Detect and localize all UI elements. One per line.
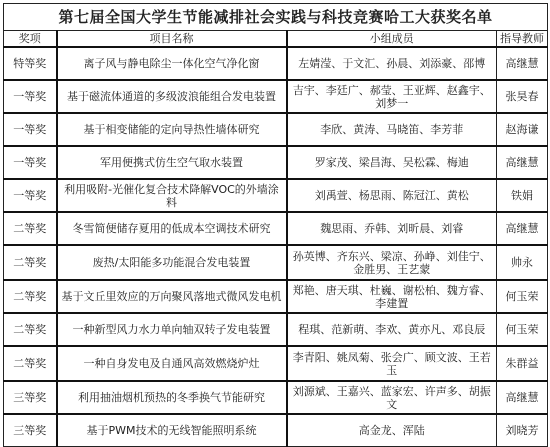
table-row: 二等奖 废热/太阳能多功能混合发电装置 孙英博、齐东兴、梁凉、孙峥、刘佳宁、金胜…: [4, 245, 548, 280]
table-row: 三等奖 基于PWM技术的无线智能照明系统 高金龙、浑陆 刘晓芳: [4, 414, 548, 446]
members-cell: 孙英博、齐东兴、梁凉、孙峥、刘佳宁、金胜男、王艺蒙: [287, 245, 497, 280]
table-row: 二等奖 冬雪简便储存夏用的低成本空调技术研究 魏思雨、乔韩、刘昕晨、刘睿 高继慧: [4, 212, 548, 245]
advisor-cell: 铁娟: [497, 179, 548, 212]
advisor-cell: 高继慧: [497, 381, 548, 414]
project-cell: 废热/太阳能多功能混合发电装置: [57, 245, 287, 280]
project-cell: 基于文丘里效应的万向聚风落地式微风发电机: [57, 280, 287, 313]
advisor-cell: 张昊春: [497, 80, 548, 113]
header-advisor: 指导教师: [497, 31, 548, 48]
table-row: 二等奖 一种新型风力水力单向轴双转子发电装置 程琪、范新萌、李欢、黄亦凡、邓良辰…: [4, 313, 548, 346]
award-cell: 二等奖: [4, 280, 57, 313]
project-cell: 一种自身发电及自通风高效燃烧炉灶: [57, 346, 287, 381]
advisor-cell: 刘晓芳: [497, 414, 548, 446]
award-cell: 二等奖: [4, 212, 57, 245]
award-cell: 三等奖: [4, 414, 57, 446]
award-cell: 三等奖: [4, 381, 57, 414]
members-cell: 左婧滢、于文汇、孙晨、刘添豪、邵博: [287, 47, 497, 80]
members-cell: 吉宇、李廷广、郝莹、王亚辉、赵鑫宇、刘梦一: [287, 80, 497, 113]
project-cell: 冬雪简便储存夏用的低成本空调技术研究: [57, 212, 287, 245]
table-row: 一等奖 基于相变储能的定向导热性墙体研究 李欣、黄涛、马晓笛、李芳菲 赵海谦: [4, 113, 548, 146]
advisor-cell: 何玉荣: [497, 313, 548, 346]
advisor-cell: 高继慧: [497, 47, 548, 80]
advisor-cell: 赵海谦: [497, 113, 548, 146]
project-cell: 利用抽油烟机预热的冬季换气节能研究: [57, 381, 287, 414]
members-cell: 程琪、范新萌、李欢、黄亦凡、邓良辰: [287, 313, 497, 346]
advisor-cell: 帅永: [497, 245, 548, 280]
advisor-cell: 何玉荣: [497, 280, 548, 313]
project-cell: 基于相变储能的定向导热性墙体研究: [57, 113, 287, 146]
project-cell: 基于磁流体通道的多级波浪能组合发电装置: [57, 80, 287, 113]
project-cell: 军用便携式仿生空气取水装置: [57, 146, 287, 179]
table-row: 一等奖 利用吸附-光催化复合技术降解VOC的外墙涂料 刘禹萱、杨思雨、陈冠江、黄…: [4, 179, 548, 212]
project-cell: 基于PWM技术的无线智能照明系统: [57, 414, 287, 446]
members-cell: 李青阳、姚凤菊、张会广、顾文波、王若玉: [287, 346, 497, 381]
award-cell: 一等奖: [4, 146, 57, 179]
project-cell: 一种新型风力水力单向轴双转子发电装置: [57, 313, 287, 346]
table-row: 二等奖 一种自身发电及自通风高效燃烧炉灶 李青阳、姚凤菊、张会广、顾文波、王若玉…: [4, 346, 548, 381]
table-row: 一等奖 基于磁流体通道的多级波浪能组合发电装置 吉宇、李廷广、郝莹、王亚辉、赵鑫…: [4, 80, 548, 113]
table-row: 三等奖 利用抽油烟机预热的冬季换气节能研究 刘源斌、王嘉兴、蓝家宏、许声多、胡振…: [4, 381, 548, 414]
advisor-cell: 高继慧: [497, 146, 548, 179]
award-cell: 二等奖: [4, 245, 57, 280]
project-cell: 利用吸附-光催化复合技术降解VOC的外墙涂料: [57, 179, 287, 212]
header-row: 奖项 项目名称 小组成员 指导教师: [4, 31, 548, 48]
members-cell: 刘禹萱、杨思雨、陈冠江、黄松: [287, 179, 497, 212]
table-row: 二等奖 基于文丘里效应的万向聚风落地式微风发电机 郑艳、唐天琪、杜巍、谢松柏、魏…: [4, 280, 548, 313]
award-cell: 一等奖: [4, 80, 57, 113]
table-row: 一等奖 军用便携式仿生空气取水装置 罗家茂、梁昌海、吴松霖、梅迪 高继慧: [4, 146, 548, 179]
header-members: 小组成员: [287, 31, 497, 48]
award-list-table: 第七届全国大学生节能减排社会实践与科技竞赛哈工大获奖名单 奖项 项目名称 小组成…: [3, 3, 548, 446]
award-cell: 一等奖: [4, 113, 57, 146]
members-cell: 罗家茂、梁昌海、吴松霖、梅迪: [287, 146, 497, 179]
members-cell: 魏思雨、乔韩、刘昕晨、刘睿: [287, 212, 497, 245]
award-cell: 一等奖: [4, 179, 57, 212]
award-cell: 二等奖: [4, 346, 57, 381]
project-cell: 离子风与静电除尘一体化空气净化窗: [57, 47, 287, 80]
header-project: 项目名称: [57, 31, 287, 48]
members-cell: 高金龙、浑陆: [287, 414, 497, 446]
award-cell: 二等奖: [4, 313, 57, 346]
award-cell: 特等奖: [4, 47, 57, 80]
table-title: 第七届全国大学生节能减排社会实践与科技竞赛哈工大获奖名单: [4, 4, 548, 31]
members-cell: 李欣、黄涛、马晓笛、李芳菲: [287, 113, 497, 146]
advisor-cell: 朱群益: [497, 346, 548, 381]
title-row: 第七届全国大学生节能减排社会实践与科技竞赛哈工大获奖名单: [4, 4, 548, 31]
members-cell: 郑艳、唐天琪、杜巍、谢松柏、魏方睿、李建置: [287, 280, 497, 313]
advisor-cell: 高继慧: [497, 212, 548, 245]
members-cell: 刘源斌、王嘉兴、蓝家宏、许声多、胡振文: [287, 381, 497, 414]
header-award: 奖项: [4, 31, 57, 48]
table-row: 特等奖 离子风与静电除尘一体化空气净化窗 左婧滢、于文汇、孙晨、刘添豪、邵博 高…: [4, 47, 548, 80]
